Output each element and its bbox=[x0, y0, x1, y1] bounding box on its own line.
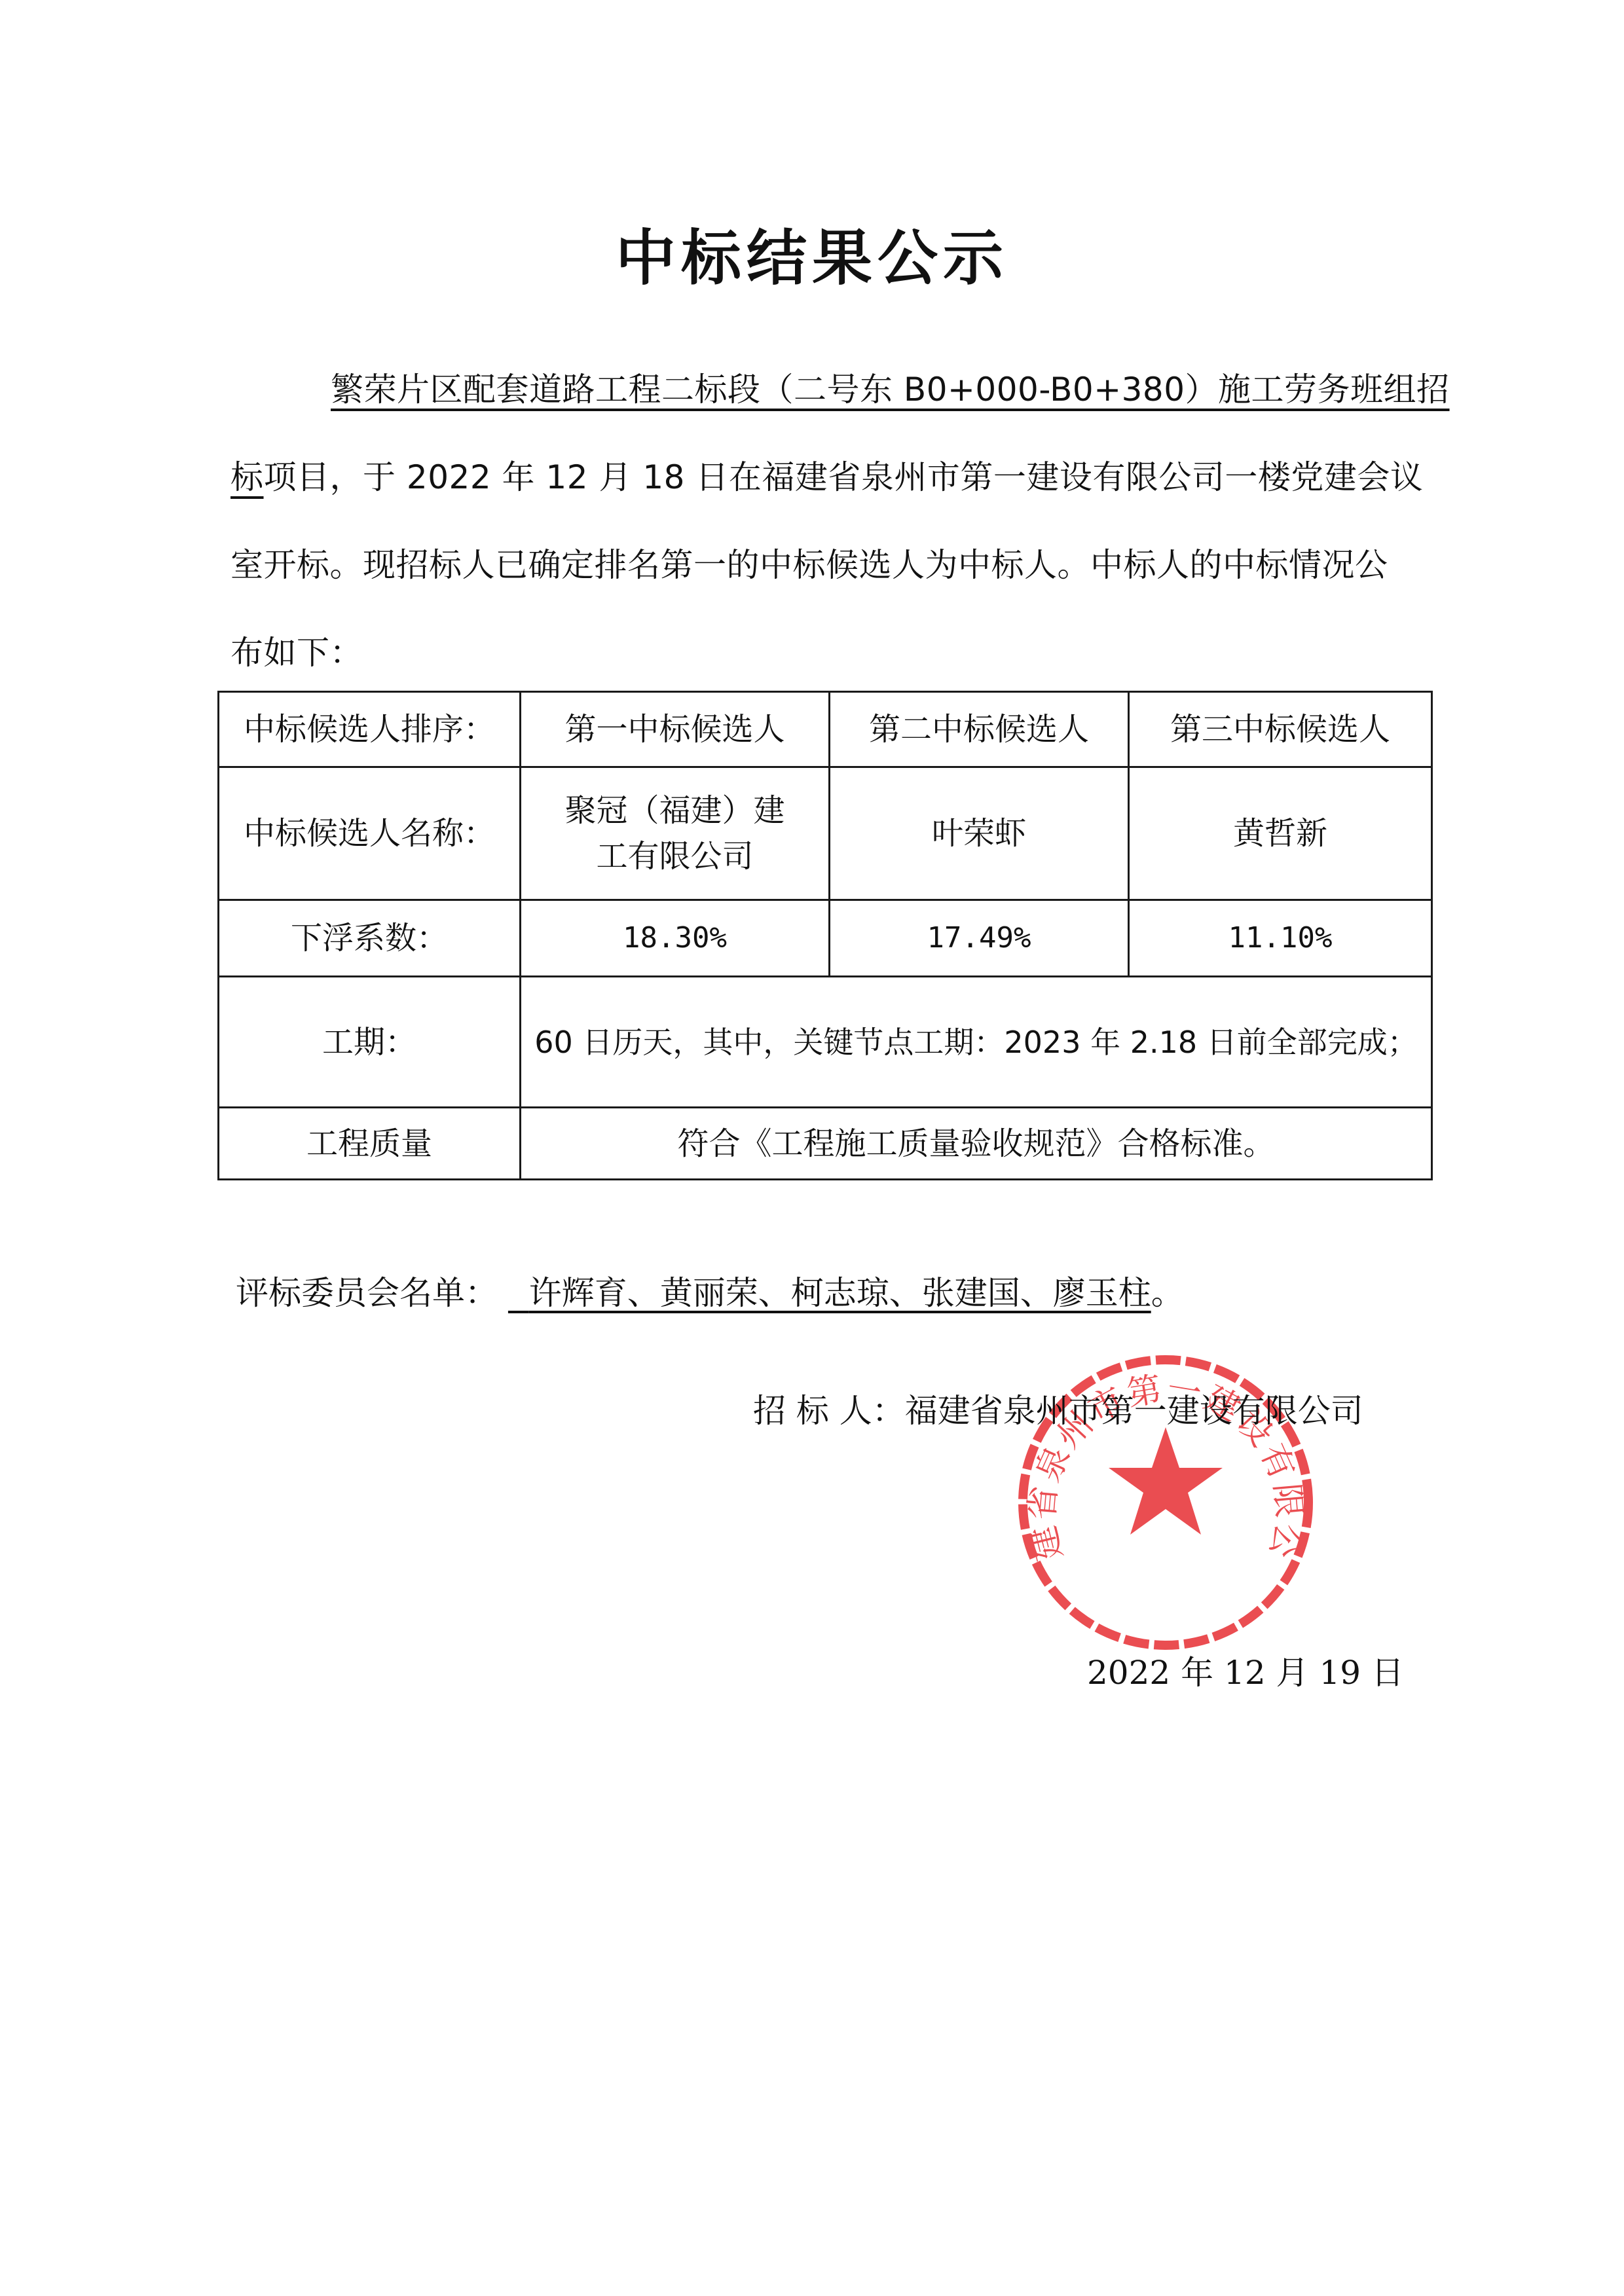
committee-names: 许辉育、黄丽荣、柯志琼、张建国、廖玉柱 bbox=[508, 1274, 1151, 1312]
duration-value: 60 日历天，其中，关键节点工期：2023 年 2.18 日前全部完成； bbox=[521, 977, 1432, 1108]
committee-line: 评标委员会名单： 许辉育、黄丽荣、柯志琼、张建国、廖玉柱。 bbox=[236, 1270, 1184, 1316]
rank-label: 中标候选人排序： bbox=[219, 692, 521, 767]
duration-label: 工期： bbox=[219, 977, 521, 1108]
tenderer-line: 招 标 人：福建省泉州市第一建设有限公司 bbox=[753, 1388, 1363, 1434]
name-label: 中标候选人名称： bbox=[219, 767, 521, 900]
project-name: 繁荣片区配套道路工程二标段（二号东 B0+000-B0+380）施工劳务班组招 bbox=[331, 371, 1450, 409]
tenderer-name: 福建省泉州市第一建设有限公司 bbox=[905, 1392, 1363, 1430]
table-row-rank: 中标候选人排序： 第一中标候选人 第二中标候选人 第三中标候选人 bbox=[219, 692, 1432, 767]
rank-first: 第一中标候选人 bbox=[521, 692, 830, 767]
committee-label: 评标委员会名单： bbox=[236, 1274, 498, 1312]
rank-third: 第三中标候选人 bbox=[1129, 692, 1432, 767]
publish-date: 2022 年 12 月 19 日 bbox=[1087, 1650, 1404, 1696]
table-row-name: 中标候选人名称： 聚冠（福建）建工有限公司 叶荣虾 黄哲新 bbox=[219, 767, 1432, 900]
intro-line-2: 标项目，于 2022 年 12 月 18 日在福建省泉州市第一建设有限公司一楼党… bbox=[231, 454, 1423, 500]
intro-line-1: 繁荣片区配套道路工程二标段（二号东 B0+000-B0+380）施工劳务班组招 bbox=[331, 367, 1450, 412]
rank-second: 第二中标候选人 bbox=[830, 692, 1129, 767]
coefficient-label: 下浮系数： bbox=[219, 900, 521, 977]
name-first: 聚冠（福建）建工有限公司 bbox=[521, 767, 830, 900]
coefficient-second: 17.49% bbox=[830, 900, 1129, 977]
name-second: 叶荣虾 bbox=[830, 767, 1129, 900]
table-row-quality: 工程质量 符合《工程施工质量验收规范》合格标准。 bbox=[219, 1108, 1432, 1180]
bid-result-table: 中标候选人排序： 第一中标候选人 第二中标候选人 第三中标候选人 中标候选人名称… bbox=[217, 691, 1433, 1180]
quality-label: 工程质量 bbox=[219, 1108, 521, 1180]
tenderer-label: 招 标 人： bbox=[753, 1392, 905, 1430]
quality-value: 符合《工程施工质量验收规范》合格标准。 bbox=[521, 1108, 1432, 1180]
page-title: 中标结果公示 bbox=[0, 216, 1624, 301]
table-row-coefficient: 下浮系数： 18.30% 17.49% 11.10% bbox=[219, 900, 1432, 977]
coefficient-third: 11.10% bbox=[1129, 900, 1432, 977]
table-row-duration: 工期： 60 日历天，其中，关键节点工期：2023 年 2.18 日前全部完成； bbox=[219, 977, 1432, 1108]
coefficient-first: 18.30% bbox=[521, 900, 830, 977]
intro-line-4: 布如下： bbox=[231, 630, 363, 676]
intro-line-3: 室开标。现招标人已确定排名第一的中标候选人为中标人。中标人的中标情况公 bbox=[231, 542, 1388, 588]
name-third: 黄哲新 bbox=[1129, 767, 1432, 900]
project-name-cont: 标 bbox=[231, 458, 264, 496]
